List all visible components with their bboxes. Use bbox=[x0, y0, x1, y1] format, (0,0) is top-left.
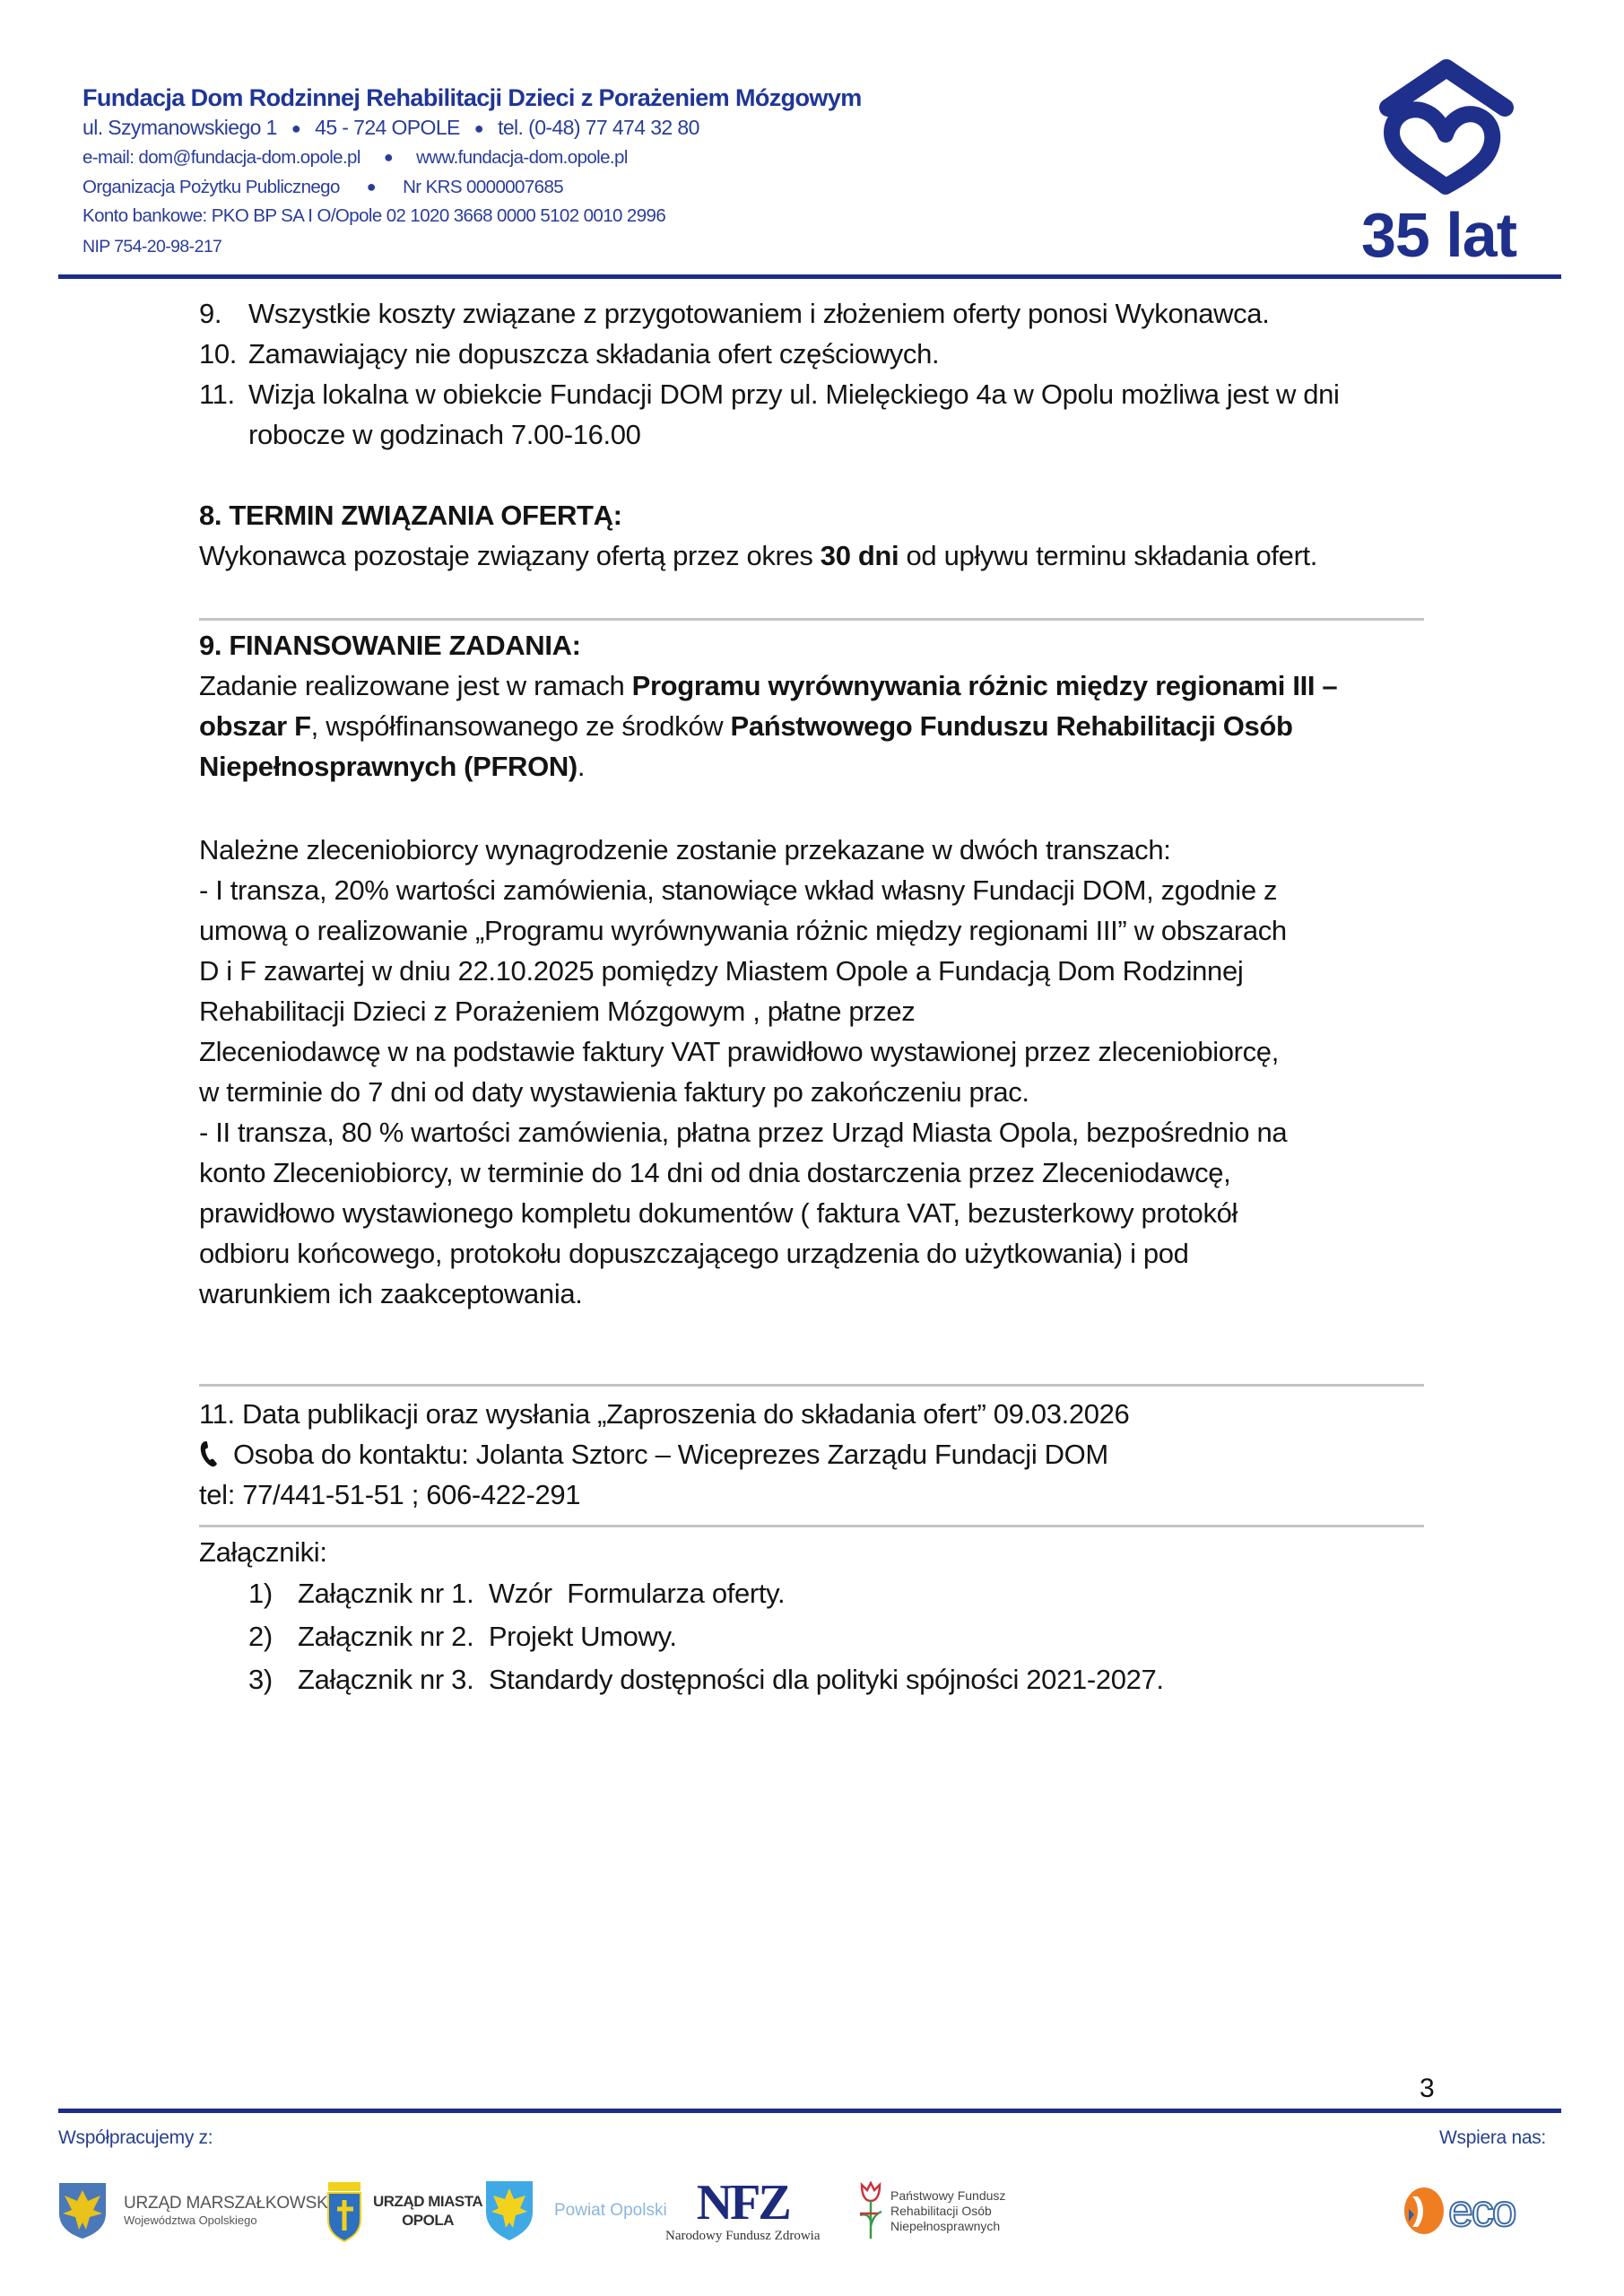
footer-divider bbox=[58, 2109, 1561, 2113]
bank-account: Konto bankowe: PKO BP SA I O/Opole 02 10… bbox=[83, 202, 862, 230]
section-divider bbox=[199, 618, 1424, 621]
payment-terms-paragraph: Należne zleceniobiorcy wynagrodzenie zos… bbox=[199, 830, 1437, 1314]
foundation-logo: 35 lat bbox=[1345, 56, 1542, 271]
contact-person: Osoba do kontaktu: Jolanta Sztorc – Wice… bbox=[233, 1439, 1108, 1470]
partner-logo-city-office: URZĄD MIASTA OPOLA bbox=[325, 2170, 482, 2251]
attachments-label: Załączniki: bbox=[199, 1532, 1437, 1572]
list-item-number: 11. bbox=[199, 374, 248, 455]
section-divider bbox=[199, 1525, 1424, 1527]
paragraph-text: , współfinansowanego ze środków bbox=[311, 710, 731, 742]
partner-logo-marshal-office: URZĄD MARSZAŁKOWSKI Województwa Opolskie… bbox=[57, 2170, 333, 2251]
city-crest-icon bbox=[325, 2179, 364, 2243]
partner-logo-pfron: Państwowy Fundusz Rehabilitacji Osób Nie… bbox=[856, 2170, 1005, 2251]
paragraph-line: Należne zleceniobiorcy wynagrodzenie zos… bbox=[199, 830, 1437, 870]
letterhead: Fundacja Dom Rodzinnej Rehabilitacji Dzi… bbox=[83, 83, 862, 261]
attachment-item[interactable]: 2) Załącznik nr 2. Projekt Umowy. bbox=[248, 1615, 1437, 1658]
paragraph-line: odbioru końcowego, protokołu dopuszczają… bbox=[199, 1233, 1437, 1274]
attachment-number: 3) bbox=[248, 1658, 298, 1701]
cooperation-label: Współpracujemy z: bbox=[58, 2127, 213, 2149]
krs-number: Nr KRS 0000007685 bbox=[403, 177, 563, 197]
paragraph-text: Wykonawca pozostaje związany ofertą prze… bbox=[199, 540, 821, 571]
paragraph-text: od upływu terminu składania ofert. bbox=[899, 540, 1317, 571]
address-line: ul. Szymanowskiego 1●45 - 724 OPOLE●tel.… bbox=[83, 113, 862, 143]
bullet-separator: ● bbox=[474, 114, 483, 143]
section-financing: 9. FINANSOWANIE ZADANIA: Zadanie realizo… bbox=[199, 625, 1437, 1314]
sponsor-name: eco bbox=[1448, 2184, 1515, 2238]
partner-name-line: Niepełnosprawnych bbox=[890, 2219, 1005, 2234]
publication-date-line: 11. Data publikacji oraz wysłania „Zapro… bbox=[199, 1394, 1437, 1434]
partner-logo-nfz: NFZ Narodowy Fundusz Zdrowia bbox=[665, 2170, 820, 2251]
section-publication-contact: 11. Data publikacji oraz wysłania „Zapro… bbox=[199, 1394, 1437, 1515]
bullet-separator: ● bbox=[291, 114, 300, 143]
house-heart-icon bbox=[1345, 56, 1542, 199]
contact-person-line: Osoba do kontaktu: Jolanta Sztorc – Wice… bbox=[199, 1434, 1437, 1474]
partner-name: URZĄD MIASTA OPOLA bbox=[373, 2192, 482, 2230]
logo-anniversary-text: 35 lat bbox=[1361, 199, 1516, 271]
partner-name: URZĄD MARSZAŁKOWSKI bbox=[124, 2194, 333, 2213]
nip-number: NIP 754-20-98-217 bbox=[83, 232, 862, 261]
list-item: 9. Wszystkie koszty związane z przygotow… bbox=[199, 293, 1437, 334]
section-heading: 8. TERMIN ZWIĄZANIA OFERTĄ: bbox=[199, 495, 1437, 535]
contact-phone-numbers: tel: 77/441-51-51 ; 606-422-291 bbox=[199, 1474, 1437, 1515]
partner-name-line: Państwowy Fundusz bbox=[890, 2188, 1005, 2204]
paragraph-text: . bbox=[578, 751, 585, 782]
attachments-section: Załączniki: 1) Załącznik nr 1. Wzór Form… bbox=[199, 1532, 1437, 1701]
attachment-number: 2) bbox=[248, 1615, 298, 1658]
registration-line: Organizacja Pożytku Publicznego●Nr KRS 0… bbox=[83, 172, 862, 202]
list-item-number: 10. bbox=[199, 334, 248, 374]
phone-icon bbox=[199, 1440, 221, 1467]
attachment-item[interactable]: 1) Załącznik nr 1. Wzór Formularza ofert… bbox=[248, 1572, 1437, 1615]
attachment-title: Załącznik nr 1. Wzór Formularza oferty. bbox=[298, 1572, 785, 1615]
paragraph-line: - I transza, 20% wartości zamówienia, st… bbox=[199, 870, 1437, 910]
county-crest-icon bbox=[484, 2179, 534, 2242]
partner-name-line: Rehabilitacji Osób bbox=[890, 2204, 1005, 2219]
partner-name: Powiat Opolski bbox=[554, 2201, 667, 2221]
page-number: 3 bbox=[1420, 2074, 1435, 2104]
coat-of-arms-eagle-icon bbox=[57, 2181, 108, 2240]
list-item: 11. Wizja lokalna w obiekcie Fundacji DO… bbox=[199, 374, 1437, 455]
bullet-separator: ● bbox=[367, 172, 376, 201]
partner-name: NFZ bbox=[697, 2178, 789, 2228]
list-item-text: Wszystkie koszty związane z przygotowani… bbox=[248, 293, 1437, 334]
street-address: ul. Szymanowskiego 1 bbox=[83, 116, 277, 139]
paragraph-line: konto Zleceniobiorcy, w terminie do 14 d… bbox=[199, 1152, 1437, 1193]
paragraph-line: - II transza, 80 % wartości zamówienia, … bbox=[199, 1112, 1437, 1152]
contact-line: e-mail: dom@fundacja-dom.opole.pl●www.fu… bbox=[83, 143, 862, 172]
paragraph-line: prawidłowo wystawionego kompletu dokumen… bbox=[199, 1193, 1437, 1233]
numbered-list: 9. Wszystkie koszty związane z przygotow… bbox=[199, 293, 1437, 455]
partner-logo-county: Powiat Opolski bbox=[484, 2170, 667, 2251]
section-paragraph: Zadanie realizowane jest w ramach Progra… bbox=[199, 665, 1437, 787]
list-item-text: Wizja lokalna w obiekcie Fundacji DOM pr… bbox=[248, 374, 1437, 455]
section-offer-validity: 8. TERMIN ZWIĄZANIA OFERTĄ: Wykonawca po… bbox=[199, 495, 1437, 576]
email-link[interactable]: e-mail: dom@fundacja-dom.opole.pl bbox=[83, 147, 360, 168]
attachment-item[interactable]: 3) Załącznik nr 3. Standardy dostępności… bbox=[248, 1658, 1437, 1701]
partner-logos: URZĄD MARSZAŁKOWSKI Województwa Opolskie… bbox=[0, 2170, 1624, 2251]
paragraph-line: warunkiem ich zaakceptowania. bbox=[199, 1274, 1437, 1314]
attachment-number: 1) bbox=[248, 1572, 298, 1615]
paragraph-emphasis: 30 dni bbox=[821, 540, 899, 571]
organization-name: Fundacja Dom Rodzinnej Rehabilitacji Dzi… bbox=[83, 83, 862, 113]
sponsor-logo-eco: eco bbox=[1403, 2170, 1515, 2251]
header-divider bbox=[58, 274, 1561, 279]
partner-subname: Województwa Opolskiego bbox=[124, 2213, 333, 2228]
bullet-separator: ● bbox=[384, 143, 393, 171]
list-item: 10. Zamawiający nie dopuszcza składania … bbox=[199, 334, 1437, 374]
section-heading: 9. FINANSOWANIE ZADANIA: bbox=[199, 625, 1437, 665]
paragraph-text: Zadanie realizowane jest w ramach bbox=[199, 670, 632, 701]
paragraph-line: D i F zawartej w dniu 22.10.2025 pomiędz… bbox=[199, 951, 1437, 991]
paragraph-line: Zleceniodawcę w na podstawie faktury VAT… bbox=[199, 1031, 1437, 1072]
tulip-icon bbox=[856, 2181, 883, 2240]
paragraph-line: Rehabilitacji Dzieci z Porażeniem Mózgow… bbox=[199, 991, 1437, 1031]
postal-city: 45 - 724 OPOLE bbox=[315, 116, 460, 139]
attachment-title: Załącznik nr 2. Projekt Umowy. bbox=[298, 1615, 677, 1658]
website-link[interactable]: www.fundacja-dom.opole.pl bbox=[416, 147, 628, 168]
opp-status: Organizacja Pożytku Publicznego bbox=[83, 177, 340, 197]
partner-subname: Narodowy Fundusz Zdrowia bbox=[665, 2228, 820, 2244]
phone-number: tel. (0-48) 77 474 32 80 bbox=[498, 116, 699, 139]
attachment-title: Załącznik nr 3. Standardy dostępności dl… bbox=[298, 1658, 1164, 1701]
support-label: Wspiera nas: bbox=[1439, 2127, 1546, 2149]
paragraph-line: umową o realizowanie „Programu wyrównywa… bbox=[199, 910, 1437, 951]
partner-name-line: URZĄD MIASTA bbox=[373, 2192, 482, 2211]
eco-flame-icon bbox=[1403, 2184, 1445, 2238]
list-item-number: 9. bbox=[199, 293, 248, 334]
section-divider bbox=[199, 1384, 1424, 1387]
paragraph-line: w terminie do 7 dni od daty wystawienia … bbox=[199, 1072, 1437, 1112]
partner-name-line: OPOLA bbox=[373, 2211, 482, 2230]
list-item-text: Zamawiający nie dopuszcza składania ofer… bbox=[248, 334, 1437, 374]
section-paragraph: Wykonawca pozostaje związany ofertą prze… bbox=[199, 535, 1437, 576]
